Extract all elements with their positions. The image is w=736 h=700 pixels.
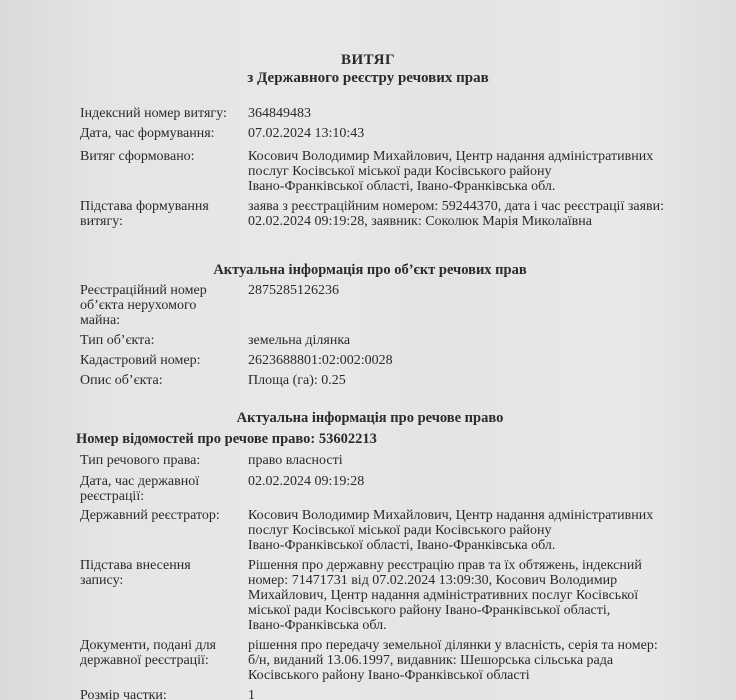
- section-heading-object: Актуальна інформація про об’єкт речових …: [60, 262, 680, 279]
- field-label: Підстава внесення запису:: [80, 558, 240, 588]
- document-title: ВИТЯГ: [0, 52, 736, 69]
- document-page: ВИТЯГ з Державного реєстру речових прав …: [0, 0, 736, 700]
- field-value: заява з реєстраційним номером: 59244370,…: [248, 199, 708, 229]
- field-value: право власності: [248, 453, 708, 468]
- right-record-number: Номер відомостей про речове право: 53602…: [76, 431, 377, 448]
- field-value: 364849483: [248, 106, 708, 121]
- field-label: Тип об’єкта:: [80, 333, 240, 348]
- field-value: Площа (га): 0.25: [248, 373, 708, 388]
- field-label: Тип речового права:: [80, 453, 240, 468]
- field-label: Реєстраційний номер об’єкта нерухомого м…: [80, 283, 240, 328]
- field-label: Дата, час державної реєстрації:: [80, 474, 240, 504]
- field-value: Косович Володимир Михайлович, Центр нада…: [248, 149, 708, 194]
- field-value: 07.02.2024 13:10:43: [248, 126, 708, 141]
- field-label: Документи, подані для державної реєстрац…: [80, 638, 240, 668]
- field-value: 2875285126236: [248, 283, 708, 298]
- field-value: Косович Володимир Михайлович, Центр нада…: [248, 508, 708, 553]
- field-label: Розмір частки:: [80, 688, 240, 700]
- field-value: Рішення про державну реєстрацію прав та …: [248, 558, 708, 633]
- field-label: Підстава формування витягу:: [80, 199, 240, 229]
- field-label: Опис об’єкта:: [80, 373, 240, 388]
- field-value: земельна ділянка: [248, 333, 708, 348]
- field-label: Державний реєстратор:: [80, 508, 240, 523]
- document-subtitle: з Державного реєстру речових прав: [0, 70, 736, 87]
- field-value: 1: [248, 688, 708, 700]
- field-label: Витяг сформовано:: [80, 149, 240, 164]
- section-heading-right: Актуальна інформація про речове право: [60, 410, 680, 427]
- field-label: Індексний номер витягу:: [80, 106, 240, 121]
- field-value: рішення про передачу земельної ділянки у…: [248, 638, 708, 683]
- field-value: 02.02.2024 09:19:28: [248, 474, 708, 489]
- field-label: Дата, час формування:: [80, 126, 240, 141]
- field-value: 2623688801:02:002:0028: [248, 353, 708, 368]
- field-label: Кадастровий номер:: [80, 353, 240, 368]
